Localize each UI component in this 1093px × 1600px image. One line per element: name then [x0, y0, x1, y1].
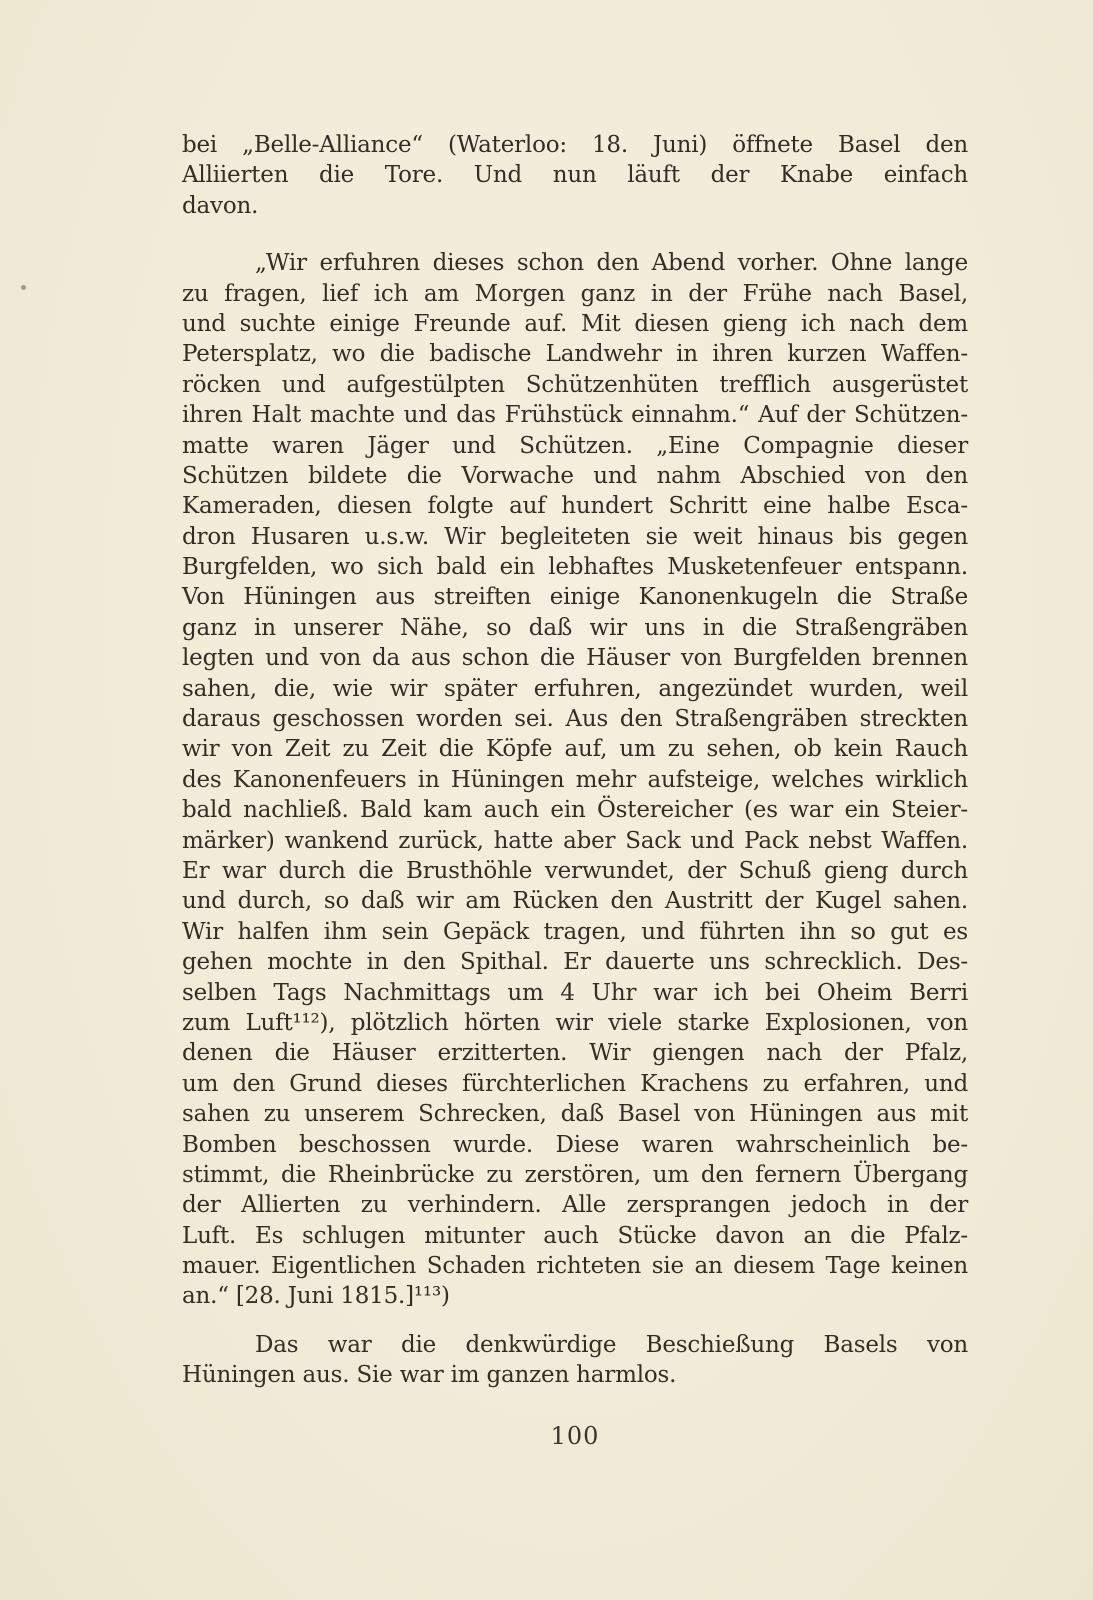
- text-line: dron Husaren u.s.w. Wir begleiteten sie …: [182, 522, 968, 552]
- text-line: zum Luft¹¹²), plötzlich hörten wir viele…: [182, 1008, 968, 1038]
- paragraph: bei „Belle-Alliance“ (Waterloo: 18. Juni…: [182, 130, 968, 221]
- paragraph: „Wir erfuhren dieses schon den Abend vor…: [182, 248, 968, 1312]
- text-line: davon.: [182, 191, 968, 221]
- text-line: zu fragen, lief ich am Morgen ganz in de…: [182, 279, 968, 309]
- text-line: stimmt, die Rheinbrücke zu zerstören, um…: [182, 1160, 968, 1190]
- text-line: matte waren Jäger und Schützen. „Eine Co…: [182, 431, 968, 461]
- text-line: Er war durch die Brusthöhle verwundet, d…: [182, 856, 968, 886]
- text-line: sahen zu unserem Schrecken, daß Basel vo…: [182, 1099, 968, 1129]
- text-block: bei „Belle-Alliance“ (Waterloo: 18. Juni…: [182, 130, 968, 1391]
- paragraph: Das war die denkwürdige Beschießung Base…: [182, 1330, 968, 1391]
- text-line: und durch, so daß wir am Rücken den Aust…: [182, 886, 968, 916]
- text-line: Luft. Es schlugen mitunter auch Stücke d…: [182, 1221, 968, 1251]
- text-line: röcken und aufgestülpten Schützenhüten t…: [182, 370, 968, 400]
- text-line: „Wir erfuhren dieses schon den Abend vor…: [182, 248, 968, 278]
- text-line: mauer. Eigentlichen Schaden richteten si…: [182, 1251, 968, 1281]
- text-line: denen die Häuser erzitterten. Wir gienge…: [182, 1038, 968, 1068]
- text-line: selben Tags Nachmittags um 4 Uhr war ich…: [182, 978, 968, 1008]
- text-line: Bomben beschossen wurde. Diese waren wah…: [182, 1130, 968, 1160]
- paper-speck: [21, 285, 26, 290]
- text-line: Kameraden, diesen folgte auf hundert Sch…: [182, 491, 968, 521]
- text-line: bei „Belle-Alliance“ (Waterloo: 18. Juni…: [182, 130, 968, 160]
- text-line: sahen, die, wie wir später erfuhren, ang…: [182, 674, 968, 704]
- text-line: ganz in unserer Nähe, so daß wir uns in …: [182, 613, 968, 643]
- text-line: um den Grund dieses fürchterlichen Krach…: [182, 1069, 968, 1099]
- text-line: legten und von da aus schon die Häuser v…: [182, 643, 968, 673]
- text-line: wir von Zeit zu Zeit die Köpfe auf, um z…: [182, 734, 968, 764]
- text-line: Petersplatz, wo die badische Landwehr in…: [182, 339, 968, 369]
- page-number: 100: [182, 1422, 968, 1450]
- scanned-book-page: bei „Belle-Alliance“ (Waterloo: 18. Juni…: [0, 0, 1093, 1600]
- text-line: Schützen bildete die Vorwache und nahm A…: [182, 461, 968, 491]
- text-line: bald nachließ. Bald kam auch ein Österei…: [182, 795, 968, 825]
- text-line: Alliierten die Tore. Und nun läuft der K…: [182, 160, 968, 190]
- text-line: Wir halfen ihm sein Gepäck tragen, und f…: [182, 917, 968, 947]
- text-line: Hüningen aus. Sie war im ganzen harmlos.: [182, 1360, 968, 1390]
- text-line: und suchte einige Freunde auf. Mit diese…: [182, 309, 968, 339]
- text-line: Das war die denkwürdige Beschießung Base…: [182, 1330, 968, 1360]
- text-line: märker) wankend zurück, hatte aber Sack …: [182, 826, 968, 856]
- text-line: des Kanonenfeuers in Hüningen mehr aufst…: [182, 765, 968, 795]
- text-line: daraus geschossen worden sei. Aus den St…: [182, 704, 968, 734]
- text-line: Von Hüningen aus streiften einige Kanone…: [182, 582, 968, 612]
- text-line: an.“ [28. Juni 1815.]¹¹³): [182, 1281, 968, 1311]
- text-line: der Allierten zu verhindern. Alle zerspr…: [182, 1190, 968, 1220]
- text-line: gehen mochte in den Spithal. Er dauerte …: [182, 947, 968, 977]
- text-line: ihren Halt machte und das Frühstück einn…: [182, 400, 968, 430]
- text-line: Burgfelden, wo sich bald ein lebhaftes M…: [182, 552, 968, 582]
